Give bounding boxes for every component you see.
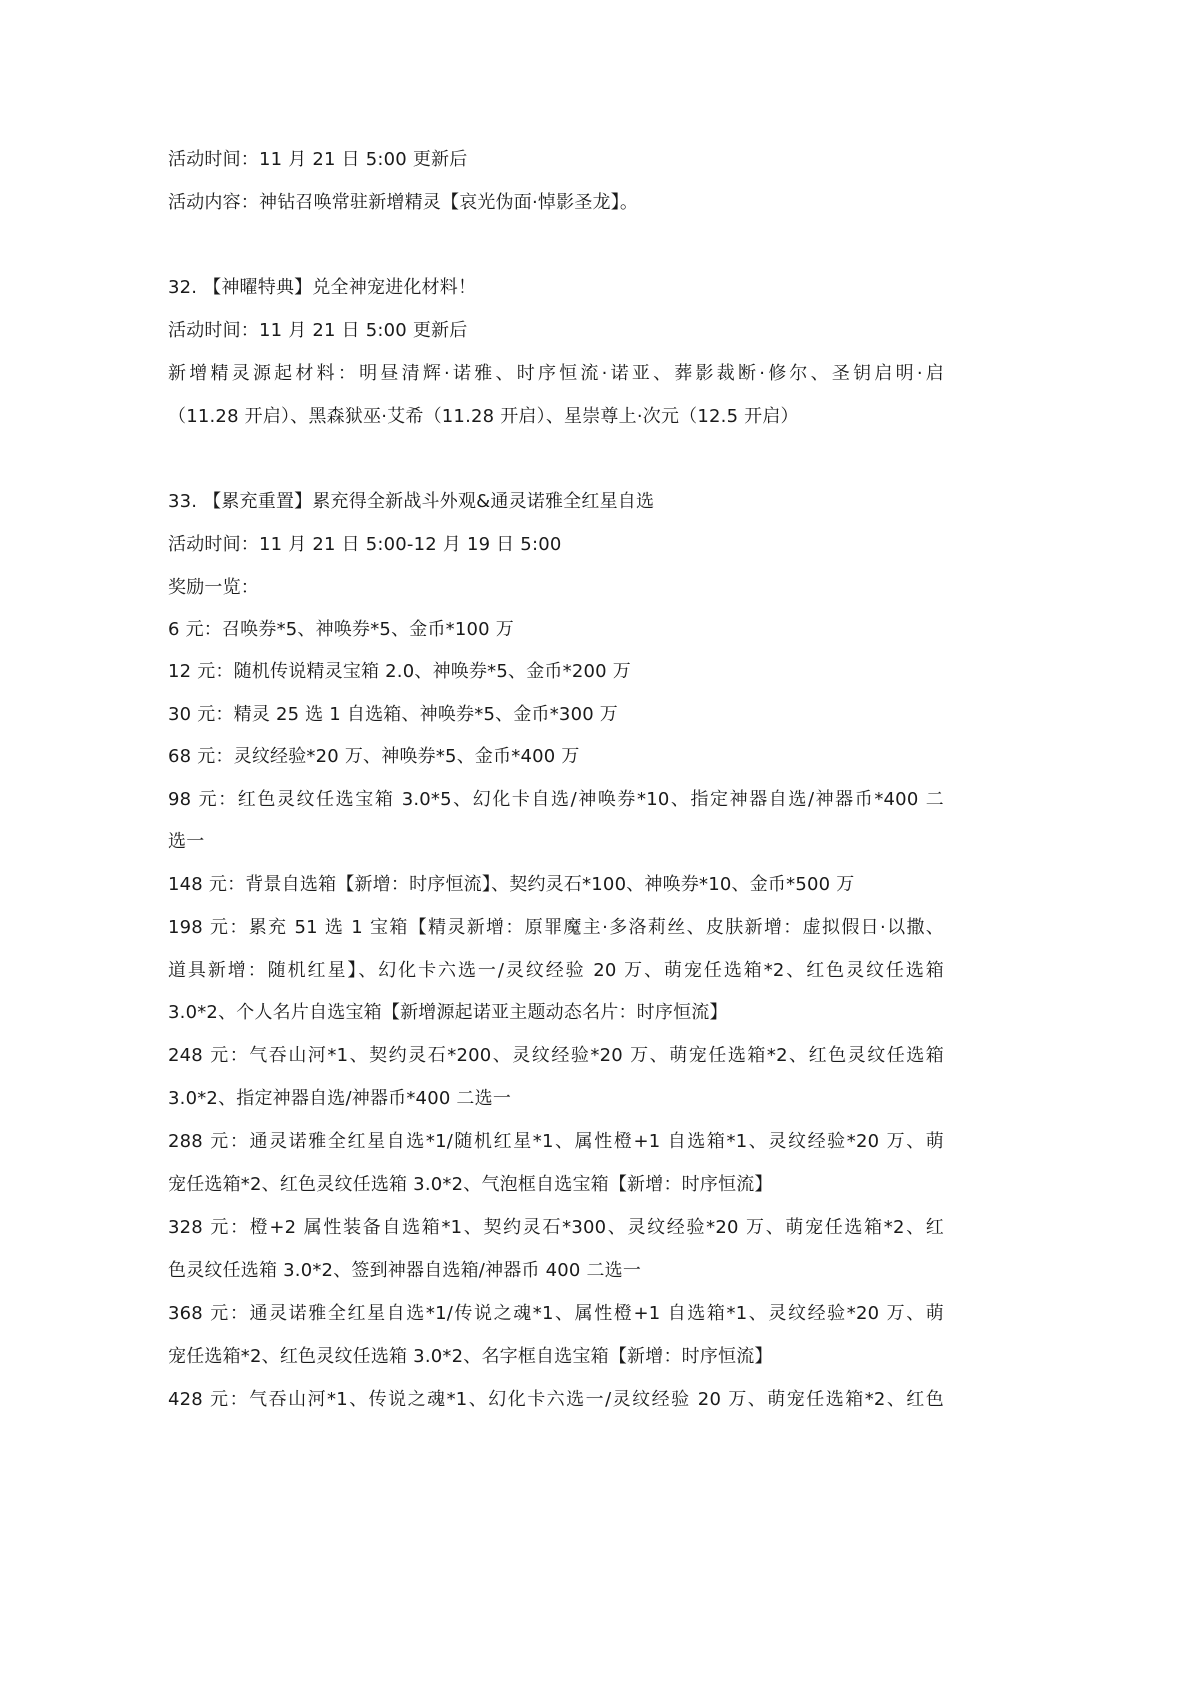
reward-line: 道具新增：随机红星】、幻化卡六选一/灵纹经验 20 万、萌宠任选箱*2、红色灵纹… <box>168 959 944 983</box>
reward-line: 宠任选箱*2、红色灵纹任选箱 3.0*2、气泡框自选宝箱【新增：时序恒流】 <box>168 1173 773 1197</box>
section-title: 33. 【累充重置】累充得全新战斗外观&通灵诺雅全红星自选 <box>168 490 654 514</box>
reward-line: 368 元：通灵诺雅全红星自选*1/传说之魂*1、属性橙+1 自选箱*1、灵纹经… <box>168 1302 944 1326</box>
reward-line: 3.0*2、指定神器自选/神器币*400 二选一 <box>168 1087 511 1111</box>
rewards-header: 奖励一览： <box>168 576 259 600</box>
paragraph-line: 新增精灵源起材料：明昼清辉·诺雅、时序恒流·诺亚、葬影裁断·修尔、圣钥启明·启 <box>168 362 944 386</box>
section-title: 32. 【神曜特典】兑全神宠进化材料！ <box>168 276 476 300</box>
reward-line: 30 元：精灵 25 选 1 自选箱、神唤券*5、金币*300 万 <box>168 703 618 727</box>
activity-time: 活动时间：11 月 21 日 5:00-12 月 19 日 5:00 <box>168 533 562 557</box>
reward-line: 148 元：背景自选箱【新增：时序恒流】、契约灵石*100、神唤券*10、金币*… <box>168 873 854 897</box>
reward-line: 6 元：召唤券*5、神唤券*5、金币*100 万 <box>168 618 514 642</box>
reward-line: 428 元：气吞山河*1、传说之魂*1、幻化卡六选一/灵纹经验 20 万、萌宠任… <box>168 1388 944 1412</box>
reward-line: 色灵纹任选箱 3.0*2、签到神器自选箱/神器币 400 二选一 <box>168 1259 641 1283</box>
reward-line: 248 元：气吞山河*1、契约灵石*200、灵纹经验*20 万、萌宠任选箱*2、… <box>168 1044 944 1068</box>
paragraph-line: （11.28 开启）、黑森狱巫·艾希（11.28 开启）、星崇尊上·次元（12.… <box>168 405 799 429</box>
reward-line: 宠任选箱*2、红色灵纹任选箱 3.0*2、名字框自选宝箱【新增：时序恒流】 <box>168 1345 773 1369</box>
reward-line: 288 元：通灵诺雅全红星自选*1/随机红星*1、属性橙+1 自选箱*1、灵纹经… <box>168 1130 944 1154</box>
reward-line: 选一 <box>168 830 204 854</box>
activity-time: 活动时间：11 月 21 日 5:00 更新后 <box>168 319 467 343</box>
reward-line: 198 元：累充 51 选 1 宝箱【精灵新增：原罪魔主·多洛莉丝、皮肤新增：虚… <box>168 916 944 940</box>
reward-line: 3.0*2、个人名片自选宝箱【新增源起诺亚主题动态名片：时序恒流】 <box>168 1001 728 1025</box>
reward-line: 98 元：红色灵纹任选宝箱 3.0*5、幻化卡自选/神唤券*10、指定神器自选/… <box>168 788 944 812</box>
activity-content: 活动内容：神钻召唤常驻新增精灵【哀光伪面·悼影圣龙】。 <box>168 191 638 215</box>
activity-time: 活动时间：11 月 21 日 5:00 更新后 <box>168 148 467 172</box>
reward-line: 328 元：橙+2 属性装备自选箱*1、契约灵石*300、灵纹经验*20 万、萌… <box>168 1216 944 1240</box>
reward-line: 68 元：灵纹经验*20 万、神唤券*5、金币*400 万 <box>168 745 580 769</box>
reward-line: 12 元：随机传说精灵宝箱 2.0、神唤券*5、金币*200 万 <box>168 660 631 684</box>
